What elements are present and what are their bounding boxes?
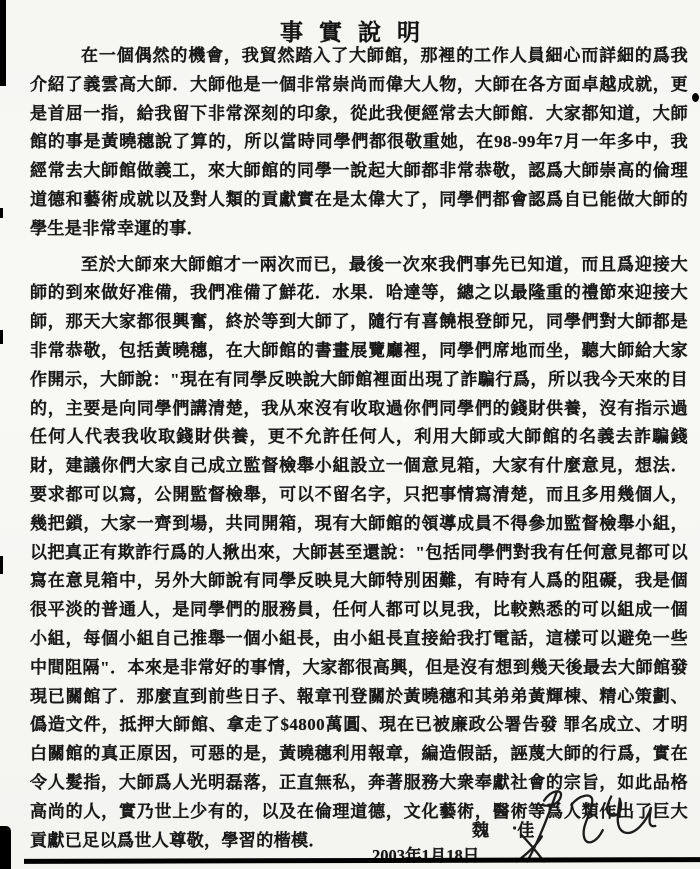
scan-artifact-left-tick-3	[0, 556, 3, 574]
scan-artifact-right-dot	[692, 93, 699, 102]
paragraph-1: 在一個偶然的機會，我貿然踏入了大師館，那裡的工作人員細心而詳細的爲我介紹了義雲高…	[30, 42, 688, 244]
scan-artifact-left-tick-1	[0, 208, 3, 218]
scan-artifact-left-bar	[0, 0, 6, 86]
scan-artifact-left-tick-2	[0, 330, 3, 344]
scan-artifact-bottom-left-corner	[0, 826, 11, 869]
document-body: 在一個偶然的機會，我貿然踏入了大師館，那裡的工作人員細心而詳細的爲我介紹了義雲高…	[30, 42, 688, 862]
scanned-document-page: 事實說明 在一個偶然的機會，我貿然踏入了大師館，那裡的工作人員細心而詳細的爲我介…	[0, 0, 700, 869]
paragraph-2: 至於大師來大師館才一兩次而已，最後一次來我們事先已知道，而且爲迎接大師的到來做好…	[30, 251, 688, 856]
